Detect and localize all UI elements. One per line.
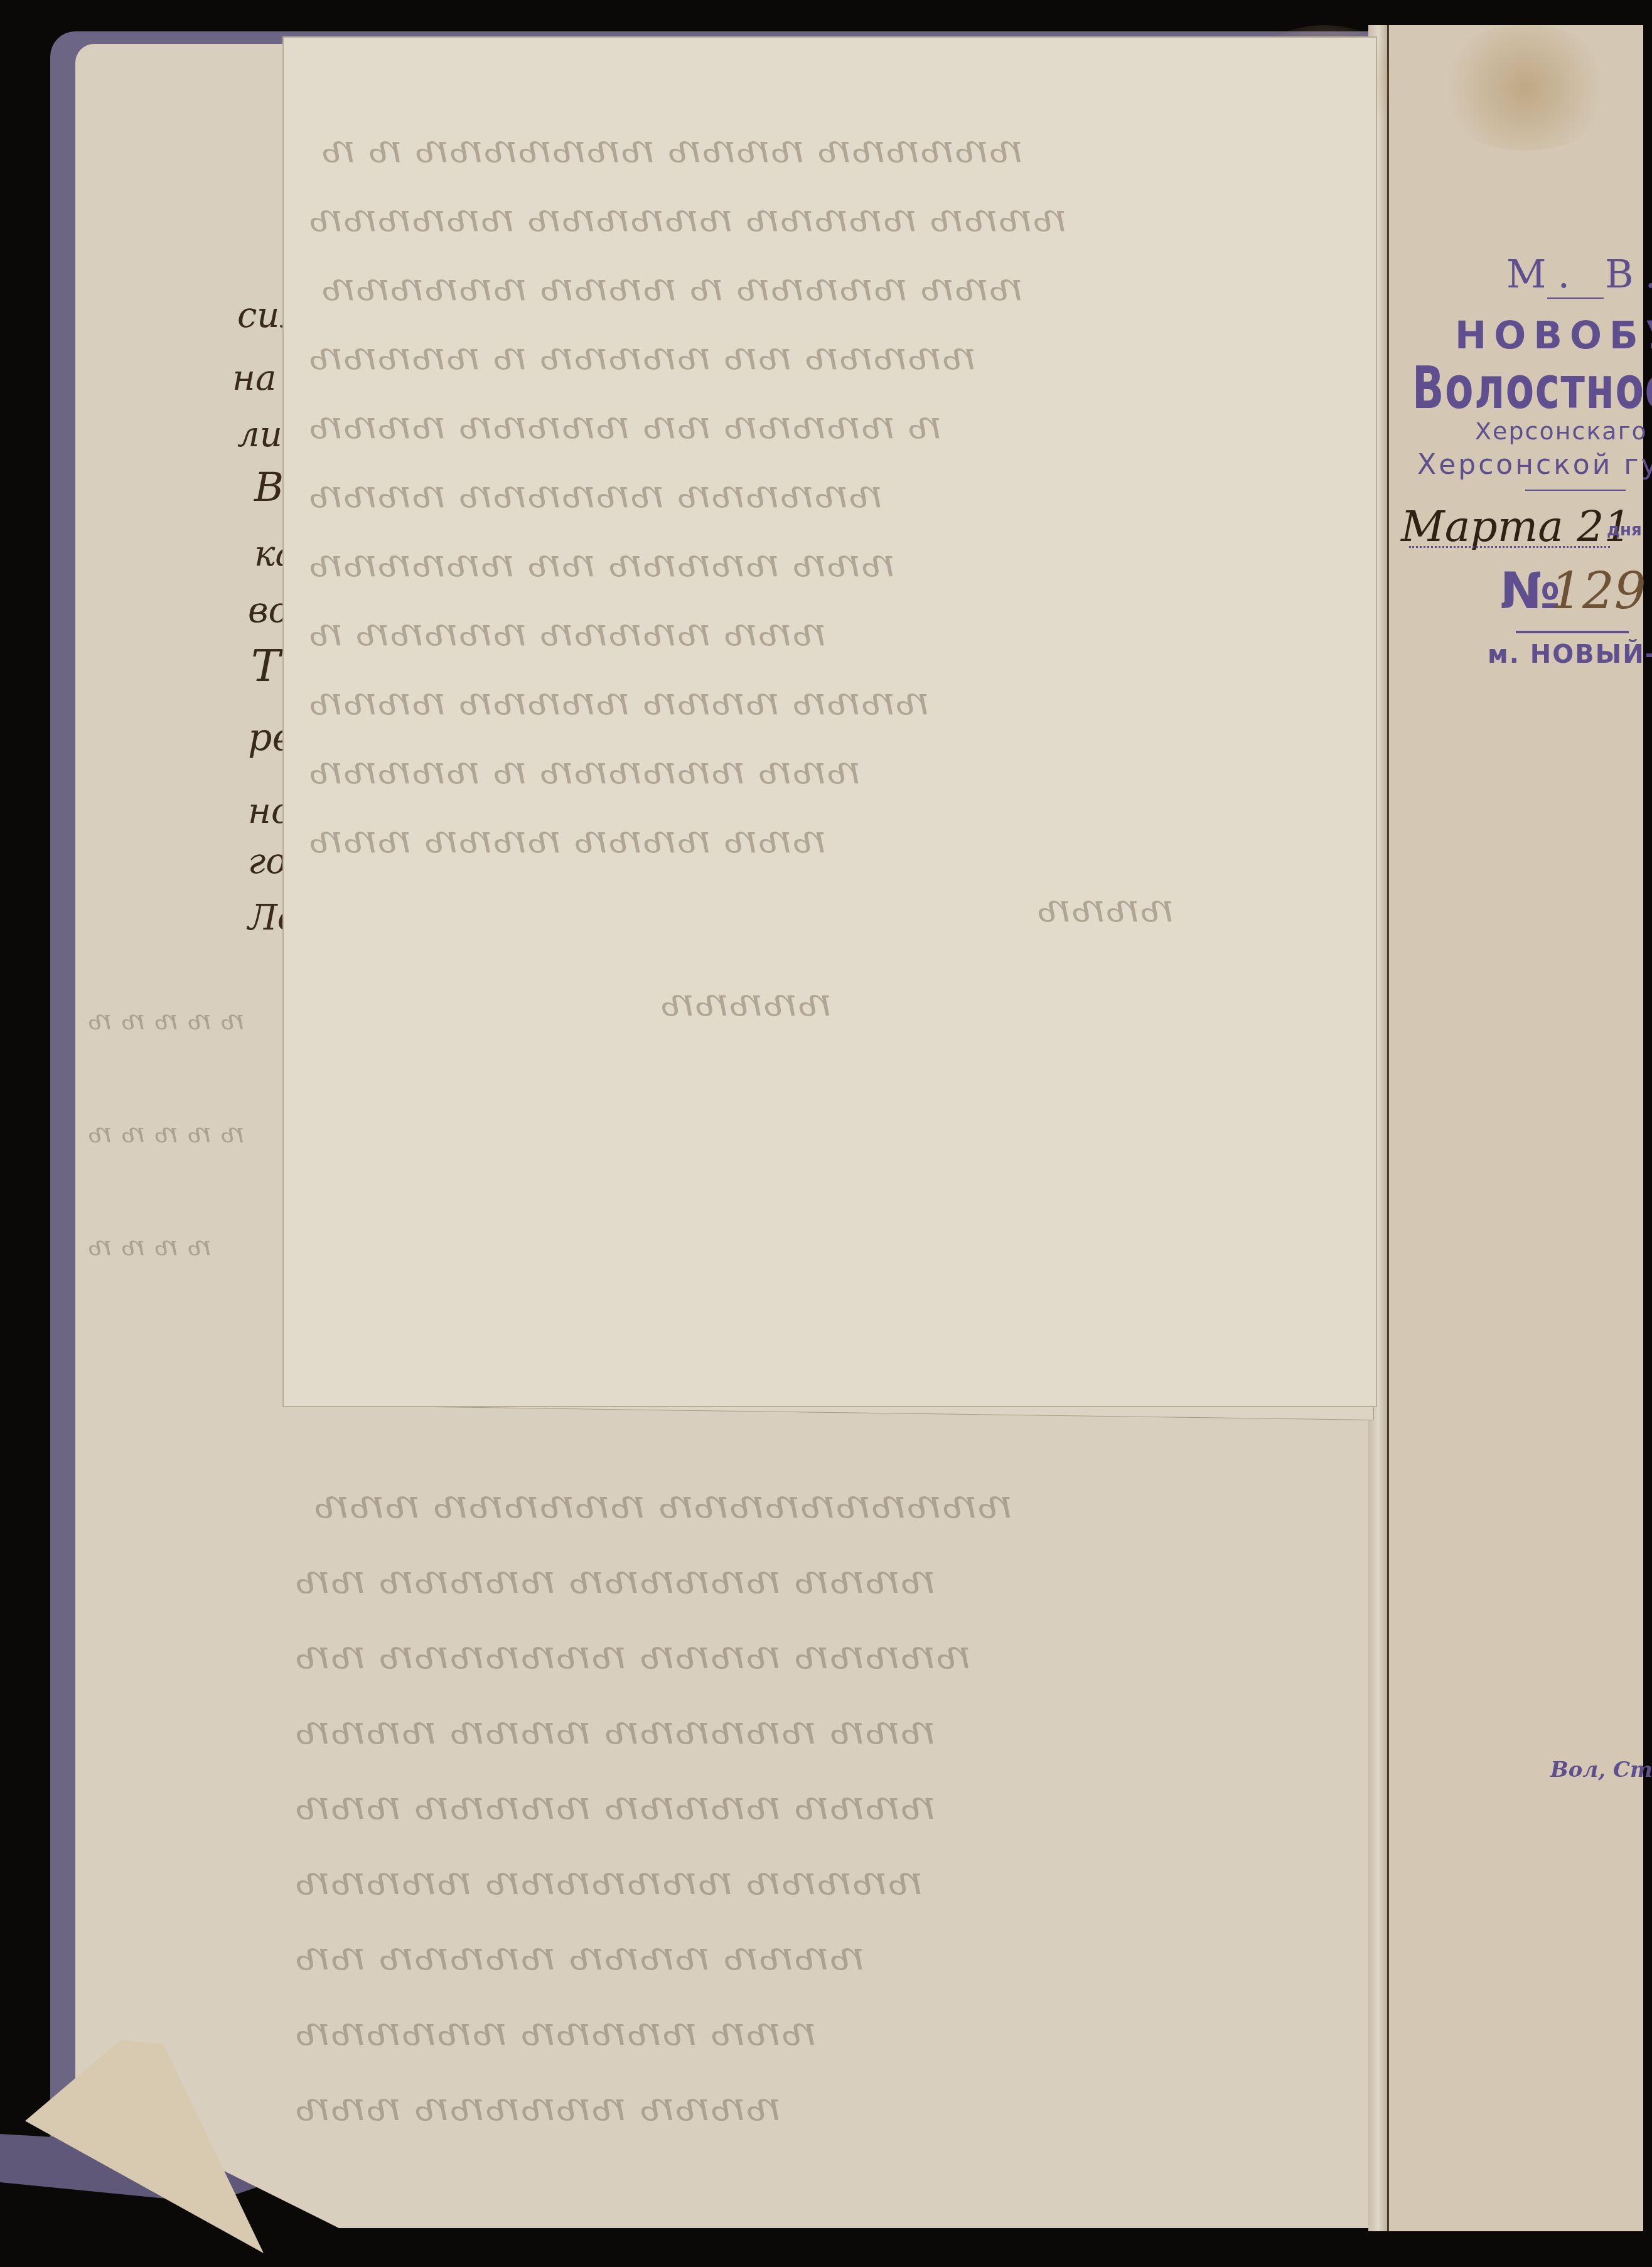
- margin-fragment: В: [254, 464, 284, 511]
- handwritten-date: Марта 21: [1401, 502, 1631, 552]
- margin-fragment: го: [248, 841, 287, 882]
- stamp-day-label: дня: [1607, 521, 1642, 540]
- stamp-town: м. НОВЫЙ-БУГ: [1488, 640, 1652, 669]
- stamp-divider: [1547, 297, 1604, 299]
- side-stamp: Вол, Ст: [1550, 1757, 1652, 1782]
- stamp-office: Волостное Пра: [1412, 355, 1652, 422]
- handwritten-number: 129: [1550, 562, 1646, 620]
- stamp-district: НОВОБУГСК: [1455, 314, 1652, 358]
- overlay-sheet: ѣѣѣѣѣѣ ѣѣѣѣ ѣѣѣѣѣѣѣ ѣ ѣ ѣѣѣѣ ѣѣѣѣѣ ѣѣѣѣѣ…: [284, 38, 1376, 1406]
- margin-fragment: ли: [237, 414, 282, 455]
- stamp-uezd: Херсонскаго уѣ: [1475, 417, 1652, 445]
- stamp-guberniya: Херсонской губ: [1417, 449, 1652, 481]
- margin-fragment: на: [232, 358, 276, 399]
- stamp-ministry: М. В. Д: [1506, 251, 1652, 297]
- margin-fragment: Т: [251, 640, 281, 692]
- stamp-divider: [1525, 490, 1626, 491]
- stamp-date-line: [1409, 546, 1610, 548]
- water-stain: [1431, 25, 1619, 151]
- stamp-divider: [1516, 631, 1629, 633]
